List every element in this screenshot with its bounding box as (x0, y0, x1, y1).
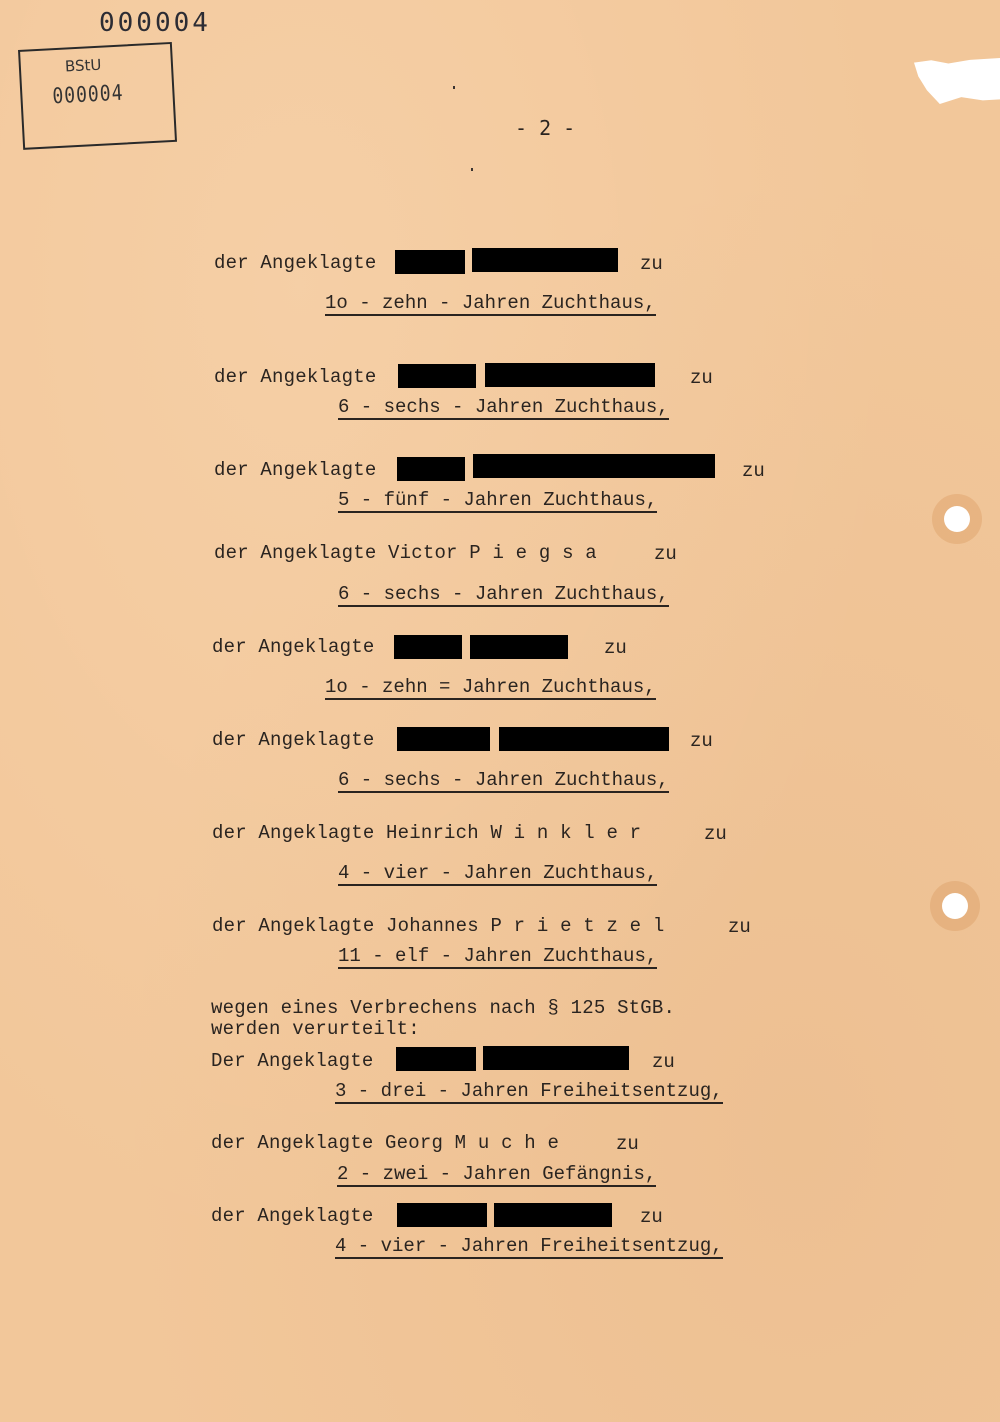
redaction-bar (397, 727, 490, 751)
defendant-label: der Angeklagte (211, 1205, 373, 1227)
punch-hole (944, 506, 970, 532)
redaction-bar (470, 635, 568, 659)
sentence: 1o - zehn - Jahren Zuchthaus, (325, 293, 656, 316)
sentence: 3 - drei - Jahren Freiheitsentzug, (335, 1081, 723, 1104)
ink-speck (471, 168, 473, 171)
sentence: 4 - vier - Jahren Freiheitsentzug, (335, 1236, 723, 1259)
to-word: zu (690, 367, 713, 389)
archive-number: 000004 (99, 8, 211, 38)
redaction-bar (397, 1203, 487, 1227)
redaction-bar (494, 1203, 612, 1227)
defendant-label: der Angeklagte (212, 636, 374, 658)
sentence: 2 - zwei - Jahren Gefängnis, (337, 1164, 656, 1187)
to-word: zu (690, 730, 713, 752)
redaction-bar (473, 454, 715, 478)
redaction-bar (396, 1047, 476, 1071)
defendant-label: der Angeklagte Johannes P r i e t z e l (212, 915, 665, 937)
sentence: 4 - vier - Jahren Zuchthaus, (338, 863, 657, 886)
to-word: zu (640, 1206, 663, 1228)
defendant-label: der Angeklagte Heinrich W i n k l e r (212, 822, 641, 844)
sentence: 6 - sechs - Jahren Zuchthaus, (338, 584, 669, 607)
defendant-name: Victor P i e g s a (388, 542, 597, 564)
defendant-prefix: der Angeklagte (214, 542, 376, 564)
redaction-bar (485, 363, 655, 387)
defendant-prefix: der Angeklagte (211, 1132, 373, 1154)
stamp-title: BStU (64, 56, 101, 76)
redaction-bar (395, 250, 465, 274)
to-word: zu (604, 637, 627, 659)
defendant-label: der Angeklagte (214, 459, 376, 481)
to-word: zu (728, 916, 751, 938)
redaction-bar (483, 1046, 629, 1070)
ink-speck (453, 86, 455, 89)
defendant-prefix: der Angeklagte (212, 822, 374, 844)
defendant-name: Georg M u c h e (385, 1132, 559, 1154)
to-word: zu (640, 253, 663, 275)
to-word: zu (654, 543, 677, 565)
redaction-bar (397, 457, 465, 481)
sentence: 1o - zehn = Jahren Zuchthaus, (325, 677, 656, 700)
to-word: zu (704, 823, 727, 845)
sentence: 5 - fünf - Jahren Zuchthaus, (338, 490, 657, 513)
page-number: - 2 - (515, 116, 575, 140)
redaction-bar (394, 635, 462, 659)
defendant-label: der Angeklagte (212, 729, 374, 751)
clause-line: werden verurteilt: (211, 1018, 420, 1040)
defendant-label: der Angeklagte (214, 252, 376, 274)
defendant-name: Johannes P r i e t z e l (386, 915, 664, 937)
sentence: 11 - elf - Jahren Zuchthaus, (338, 946, 657, 969)
defendant-prefix: der Angeklagte (212, 915, 374, 937)
archive-stamp: BStU 000004 (18, 42, 177, 150)
sentence: 6 - sechs - Jahren Zuchthaus, (338, 397, 669, 420)
defendant-label: der Angeklagte Victor P i e g s a (214, 542, 597, 564)
paper-tear (914, 58, 1000, 104)
stamp-number: 000004 (52, 80, 124, 109)
to-word: zu (742, 460, 765, 482)
defendant-label: Der Angeklagte (211, 1050, 373, 1072)
redaction-bar (499, 727, 669, 751)
redaction-bar (472, 248, 618, 272)
defendant-label: der Angeklagte (214, 366, 376, 388)
clause-line: wegen eines Verbrechens nach § 125 StGB. (211, 997, 675, 1019)
to-word: zu (616, 1133, 639, 1155)
defendant-name: Heinrich W i n k l e r (386, 822, 641, 844)
sentence: 6 - sechs - Jahren Zuchthaus, (338, 770, 669, 793)
defendant-label: der Angeklagte Georg M u c h e (211, 1132, 559, 1154)
to-word: zu (652, 1051, 675, 1073)
redaction-bar (398, 364, 476, 388)
punch-hole (942, 893, 968, 919)
